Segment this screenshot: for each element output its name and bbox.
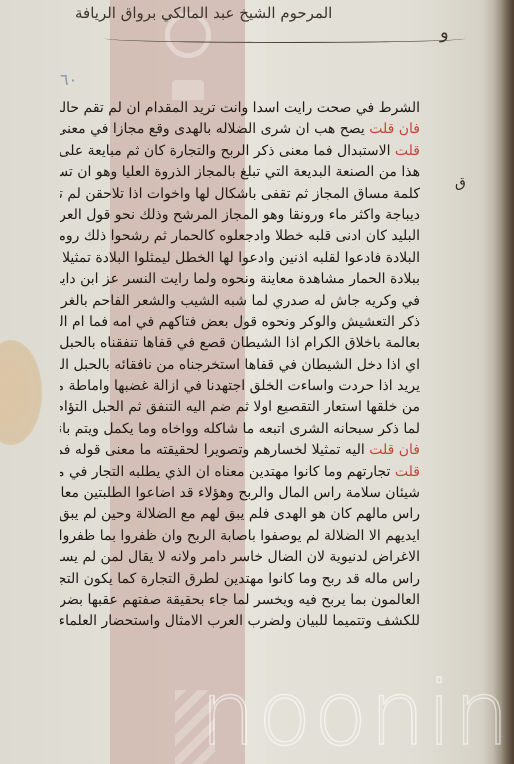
manuscript-line: شيئان سلامة راس المال والربح وهؤلاء قد ا… [60,483,420,504]
manuscript-line: الاغراض لدنيوية لان الضال خاسر دامر ولان… [60,547,420,568]
line-text: بعالمة باخلاق الكرام اذا الشيطان قصع في … [60,335,420,351]
header-annotation: المرحوم الشيخ عبد المالكي برواق الريافة [55,4,475,34]
line-text: ايديهم الا الضلالة لم يوصفوا باصابة الرب… [60,528,420,544]
manuscript-line: البليد كان ادنى قلبه خطلا وادجعلوه كالحم… [60,226,420,247]
line-text: ديباجة واكثر ماء ورونقا وهو المجاز المرش… [60,207,420,223]
line-text: ذكر التعشيش والوكر ونحوه قول بعض فتاكهم … [60,314,420,330]
manuscript-line: ببلادة الحمار مشاهدة معاينة ونحوه ولما ر… [60,269,420,290]
manuscript-line: راس مالهم كان هو الهدى فلم يبق لهم مع ال… [60,504,420,525]
manuscript-line: ديباجة واكثر ماء ورونقا وهو المجاز المرش… [60,205,420,226]
rubric-text: قلت [395,143,420,159]
manuscript-line: في وكريه جاش له صدري لما شبه الشيب والشع… [60,291,420,312]
line-text: البليد كان ادنى قلبه خطلا وادجعلوه كالحم… [60,228,420,244]
folio-number: ٦٠ [60,70,77,89]
rubric-text: قلت [395,464,420,480]
line-text: شيئان سلامة راس المال والربح وهؤلاء قد ا… [60,485,420,501]
manuscript-line: لما ذكر سبحانه الشرى اتبعه ما شاكله وواخ… [60,419,420,440]
header-mark: و [440,22,449,43]
manuscript-line: للكشف وتتميما للبيان ولضرب العرب الامثال… [60,611,420,632]
manuscript-line: هذا من الصنعة البديعة التي تبلغ بالمجاز … [60,162,420,183]
line-text: تجارتهم وما كانوا مهتدين معناه ان الذي ي… [60,464,390,480]
manuscript-line: البلادة فادعوا لقلبه اذنين وادعوا لها ال… [60,248,420,269]
manuscript-line: اي اذا دخل الشيطان في قفاها استخرجناه من… [60,355,420,376]
line-text: هذا من الصنعة البديعة التي تبلغ بالمجاز … [60,164,420,180]
line-text: راس مالهم كان هو الهدى فلم يبق لهم مع ال… [60,506,420,522]
rubric-text: فان قلت [369,442,420,458]
manuscript-line: قلت الاستبدال فما معنى ذكر الربح والتجار… [60,141,420,162]
manuscript-line: ايديهم الا الضلالة لم يوصفوا باصابة الرب… [60,526,420,547]
rubric-text: فان قلت [369,121,420,137]
manuscript-line: من خلقها استعار التقصيع اولا ثم ضم اليه … [60,397,420,418]
header-underline [105,34,465,43]
header-note: المرحوم الشيخ عبد المالكي برواق الريافة [55,4,475,22]
line-text: الاغراض لدنيوية لان الضال خاسر دامر ولان… [60,549,420,565]
line-text: اي اذا دخل الشيطان في قفاها استخرجناه من… [60,357,420,373]
manuscript-line: العالمون بما يربح فيه ويخسر لما جاء بحقي… [60,590,420,611]
line-text: كلمة مساق المجاز ثم تقفى باشكال لها واخو… [60,186,420,202]
line-text: العالمون بما يربح فيه ويخسر لما جاء بحقي… [60,592,420,608]
manuscript-line: بعالمة باخلاق الكرام اذا الشيطان قصع في … [60,333,420,354]
line-text: يصح هب ان شرى الضلاله بالهدى وقع مجازا ف… [60,121,365,137]
manuscript-line: راس ماله قد ربح وما كانوا مهتدين لطرق ال… [60,569,420,590]
line-text: راس ماله قد ربح وما كانوا مهتدين لطرق ال… [60,571,420,587]
watermark-text: noonin [200,670,511,758]
line-text: من خلقها استعار التقصيع اولا ثم ضم اليه … [60,399,420,415]
manuscript-line: الشرط في صحت رايت اسدا وانت تريد المقدام… [60,98,420,119]
manuscript-line: يريد اذا حردت واساءت الخلق اجتهدنا في از… [60,376,420,397]
manuscript-line: قلت تجارتهم وما كانوا مهتدين معناه ان ال… [60,462,420,483]
page-edge-shadow [482,0,514,764]
line-text: لما ذكر سبحانه الشرى اتبعه ما شاكله وواخ… [60,421,420,437]
line-text: الاستبدال فما معنى ذكر الربح والتجارة كا… [60,143,390,159]
manuscript-line: ذكر التعشيش والوكر ونحوه قول بعض فتاكهم … [60,312,420,333]
line-text: البلادة فادعوا لقلبه اذنين وادعوا لها ال… [60,250,420,266]
line-text: يريد اذا حردت واساءت الخلق اجتهدنا في از… [60,378,420,394]
margin-note: ق [455,175,466,191]
manuscript-line: كلمة مساق المجاز ثم تقفى باشكال لها واخو… [60,184,420,205]
line-text: ببلادة الحمار مشاهدة معاينة ونحوه ولما ر… [60,271,420,287]
line-text: في وكريه جاش له صدري لما شبه الشيب والشع… [60,293,420,309]
manuscript-text-block: الشرط في صحت رايت اسدا وانت تريد المقدام… [60,98,420,633]
line-text: الشرط في صحت رايت اسدا وانت تريد المقدام… [60,100,420,116]
line-text: اليه تمثيلا لخسارهم وتصويرا لحقيقته ما م… [60,442,365,458]
watermark-shape [172,80,204,100]
manuscript-line: فان قلت اليه تمثيلا لخسارهم وتصويرا لحقي… [60,440,420,461]
manuscript-page: المرحوم الشيخ عبد المالكي برواق الريافة … [0,0,514,764]
manuscript-line: فان قلت يصح هب ان شرى الضلاله بالهدى وقع… [60,119,420,140]
paper-stain [0,340,42,445]
line-text: للكشف وتتميما للبيان ولضرب العرب الامثال… [60,613,420,629]
